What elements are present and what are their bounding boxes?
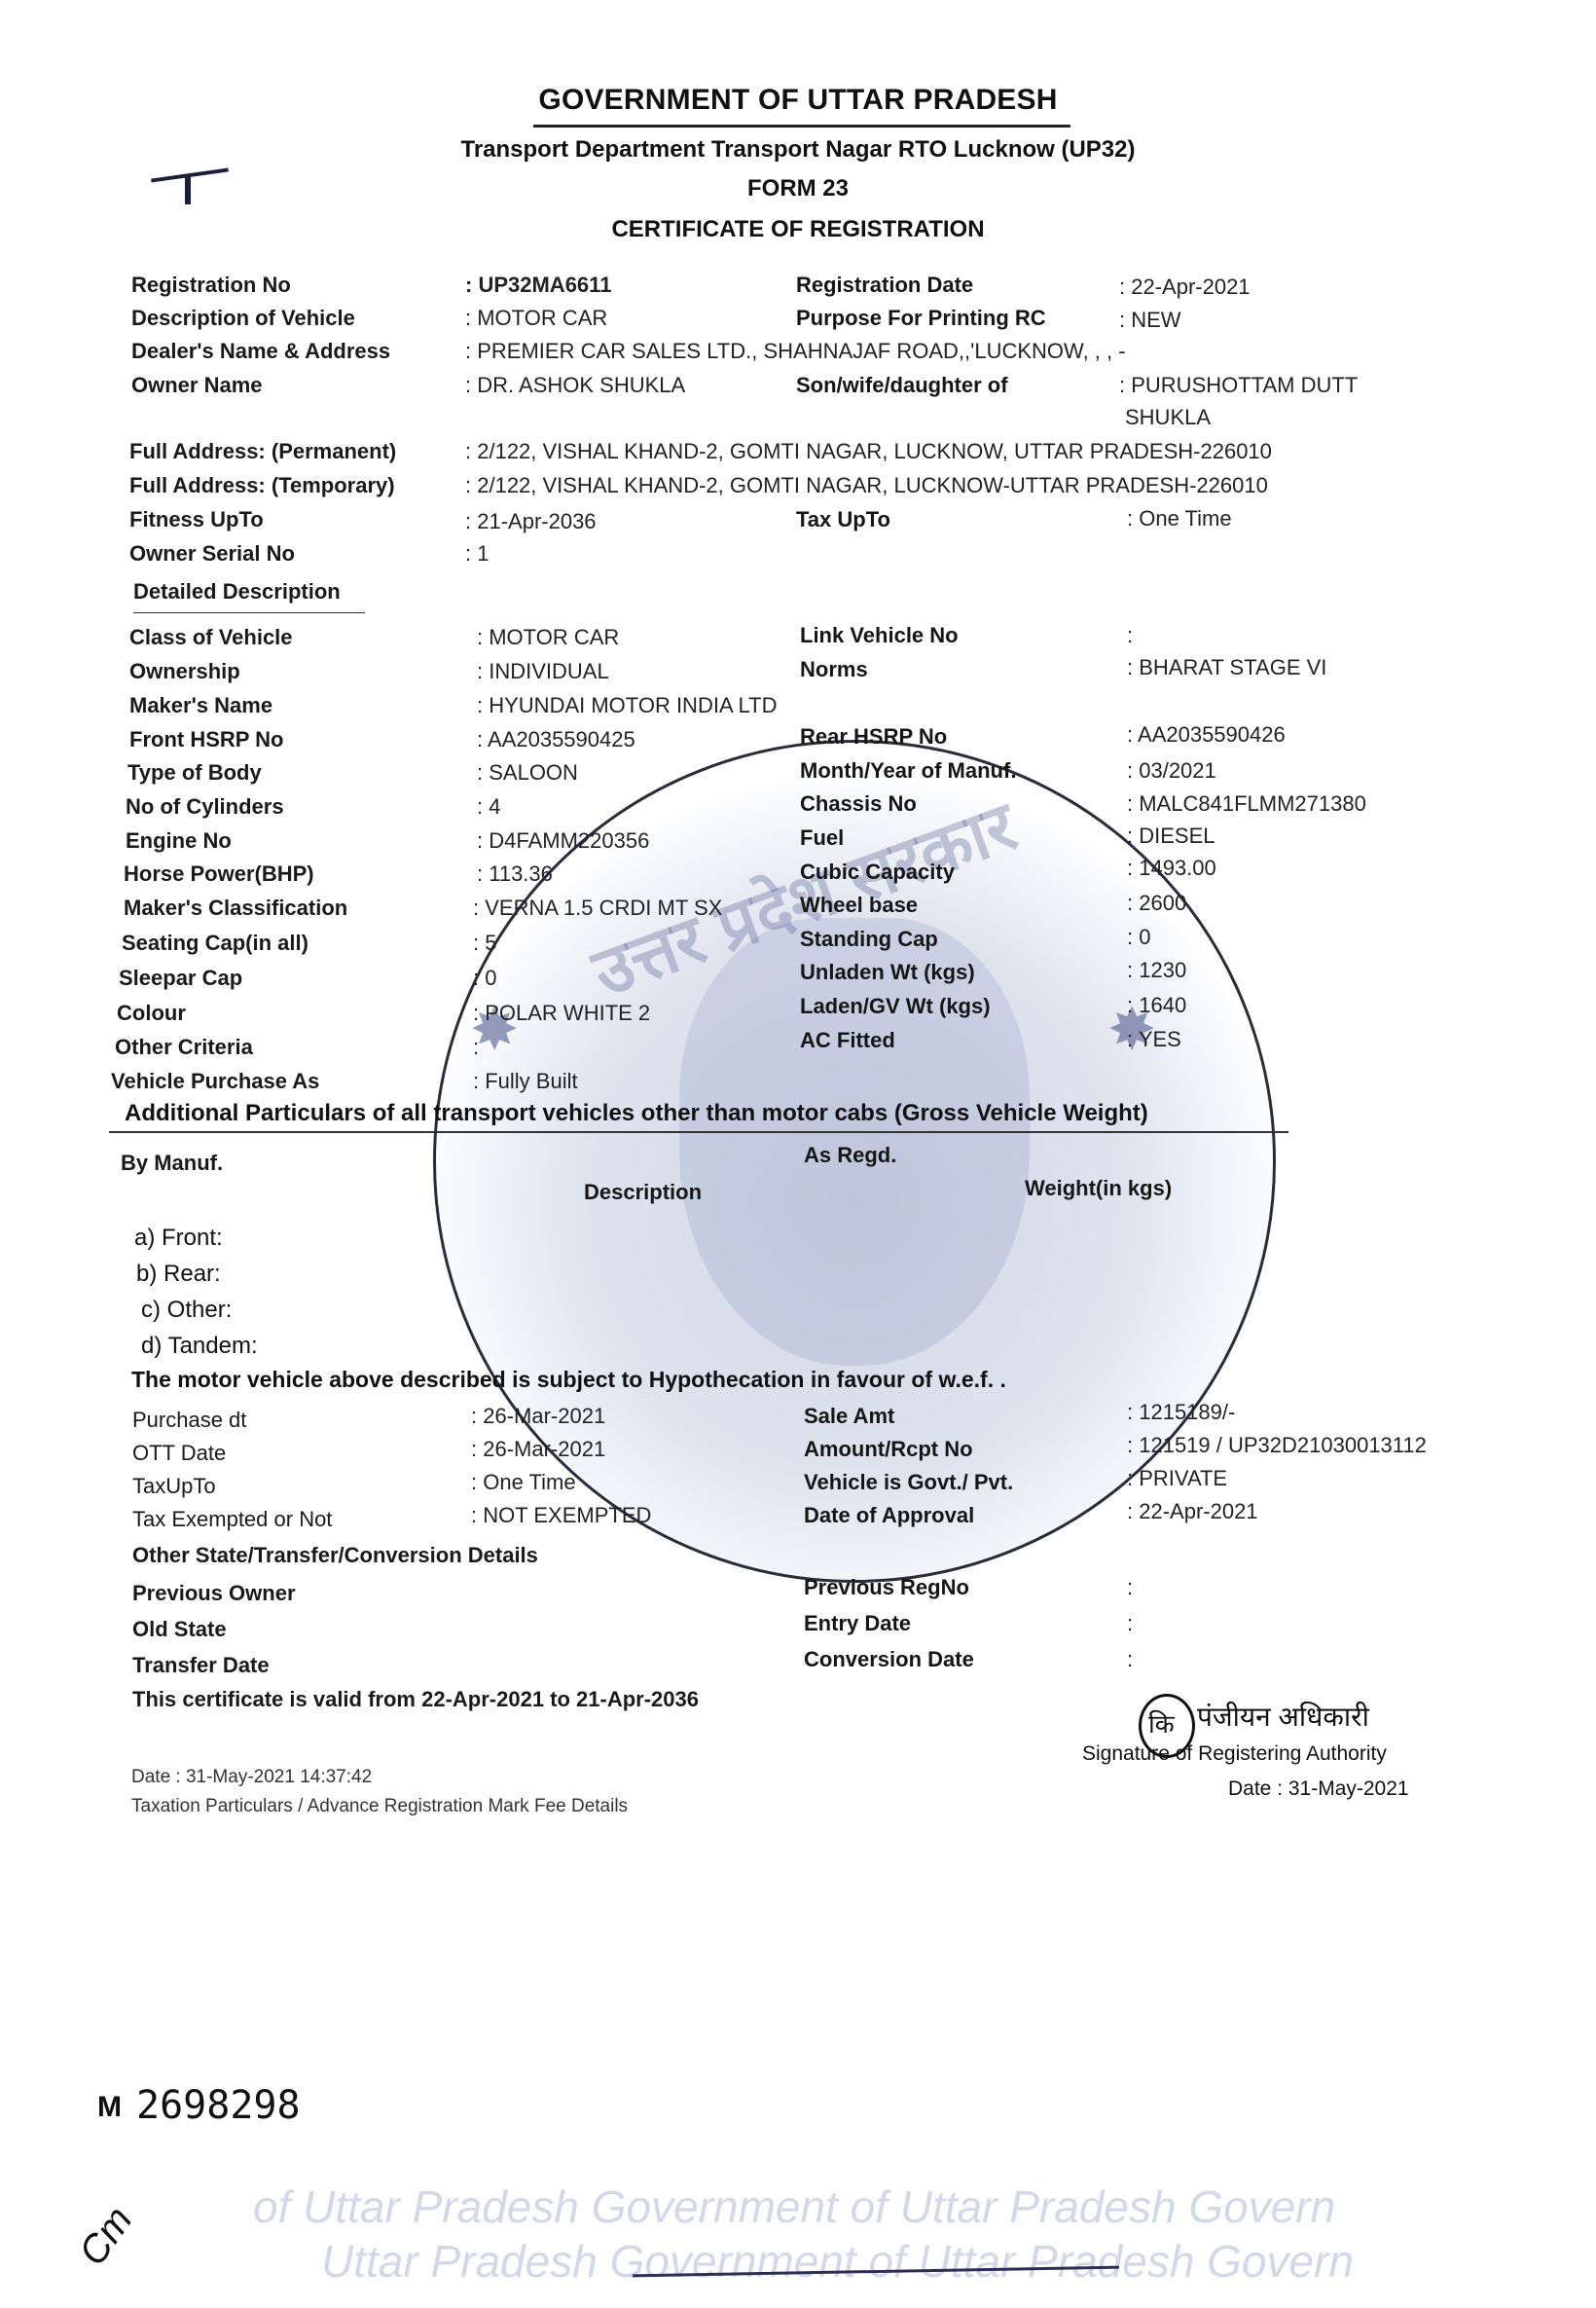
previous-owner-label: Previous Owner	[132, 1581, 296, 1606]
ownership-label: Ownership	[129, 659, 240, 684]
tax-upto-value: One Time	[1127, 506, 1232, 531]
form-number: FORM 23	[0, 175, 1596, 202]
vehicle-purchase-as-value: Fully Built	[473, 1069, 578, 1094]
vehicle-is-govt-pvt-value: PRIVATE	[1127, 1466, 1227, 1491]
axle-a-front: a) Front:	[134, 1225, 223, 1252]
wheel-base-value: 2600	[1127, 891, 1186, 916]
standing-cap-value: 0	[1127, 925, 1150, 950]
rear-hsrp-no-value: AA2035590426	[1127, 722, 1286, 748]
validity-statement: This certificate is valid from 22-Apr-20…	[132, 1687, 699, 1712]
print-date: Date : 31-May-2021 14:37:42	[131, 1767, 372, 1788]
laden-gv-wt-kgs-value: 1640	[1127, 993, 1186, 1018]
old-state-label: Old State	[132, 1617, 227, 1642]
watermark-line-2: Uttar Pradesh Government of Uttar Prades…	[321, 2235, 1354, 2288]
owner-serial-value: 1	[465, 541, 489, 567]
transfer-heading: Other State/Transfer/Conversion Details	[132, 1543, 538, 1568]
department-title: Transport Department Transport Nagar RTO…	[0, 136, 1596, 164]
signature-label: Signature of Registering Authority	[1082, 1742, 1387, 1766]
as-regd-label: As Regd.	[804, 1143, 896, 1168]
colour-value: POLAR WHITE 2	[473, 1001, 650, 1026]
ott-date-label: OTT Date	[132, 1441, 226, 1466]
type-of-body-label: Type of Body	[127, 760, 262, 786]
vehicle-purchase-as-label: Vehicle Purchase As	[111, 1069, 319, 1094]
month-year-of-manuf-label: Month/Year of Manuf.	[800, 758, 1016, 784]
dealer-label: Dealer's Name & Address	[131, 339, 390, 364]
hypothecation-text: The motor vehicle above described is sub…	[131, 1367, 1006, 1393]
relation-value-line1: PURUSHOTTAM DUTT	[1119, 373, 1358, 398]
previous-regno-value	[1127, 1575, 1133, 1600]
sale-amt-label: Sale Amt	[804, 1404, 894, 1429]
class-of-vehicle-value: MOTOR CAR	[477, 625, 619, 650]
entry-date-label: Entry Date	[804, 1611, 911, 1636]
cubic-capacity-label: Cubic Capacity	[800, 860, 955, 885]
rear-hsrp-no-label: Rear HSRP No	[800, 724, 947, 750]
month-year-of-manuf-value: 03/2021	[1127, 758, 1216, 784]
chassis-no-label: Chassis No	[800, 791, 917, 817]
axle-d-tandem: d) Tandem:	[141, 1333, 258, 1360]
address-permanent-value: 2/122, VISHAL KHAND-2, GOMTI NAGAR, LUCK…	[465, 439, 1272, 464]
description-label: Description of Vehicle	[131, 306, 355, 331]
handwritten-initials: Cm	[71, 2199, 142, 2274]
serial-prefix: M	[97, 2091, 122, 2124]
axle-b-rear: b) Rear:	[136, 1261, 221, 1288]
tax-upto-label: Tax UpTo	[796, 507, 890, 532]
purchase-dt-value: 26-Mar-2021	[471, 1404, 605, 1429]
taxupto-label: TaxUpTo	[132, 1474, 216, 1499]
relation-value-line2: SHUKLA	[1125, 405, 1211, 430]
tax-exempted-or-not-label: Tax Exempted or Not	[132, 1507, 332, 1532]
link-vehicle-no-value	[1127, 623, 1133, 648]
seating-cap-in-all-label: Seating Cap(in all)	[122, 931, 308, 956]
fitness-upto-value: 21-Apr-2036	[465, 509, 597, 534]
amount-rcpt-no-label: Amount/Rcpt No	[804, 1437, 973, 1462]
detailed-description-rule	[133, 612, 365, 613]
registration-no-value: UP32MA6611	[465, 273, 611, 298]
norms-label: Norms	[800, 657, 868, 682]
horse-power-bhp-label: Horse Power(BHP)	[124, 861, 314, 887]
seal-emblem	[679, 918, 1030, 1366]
sale-amt-value: 1215189/-	[1127, 1400, 1235, 1425]
colour-label: Colour	[117, 1001, 186, 1026]
front-hsrp-no-label: Front HSRP No	[129, 727, 283, 752]
seating-cap-in-all-value: 5	[473, 931, 496, 956]
fuel-value: DIESEL	[1127, 824, 1215, 849]
purpose-label: Purpose For Printing RC	[796, 306, 1046, 331]
horse-power-bhp-value: 113.36	[477, 861, 553, 887]
cubic-capacity-value: 1493.00	[1127, 856, 1216, 881]
chassis-no-value: MALC841FLMM271380	[1127, 791, 1366, 817]
entry-date-value	[1127, 1611, 1133, 1636]
front-hsrp-no-value: AA2035590425	[477, 727, 635, 752]
owner-name-value: DR. ASHOK SHUKLA	[465, 373, 685, 398]
link-vehicle-no-label: Link Vehicle No	[800, 623, 959, 648]
previous-regno-label: Previous RegNo	[804, 1575, 969, 1600]
wheel-base-label: Wheel base	[800, 893, 918, 918]
hindi-authority-title: पंजीयन अधिकारी	[1197, 1698, 1369, 1735]
sleepar-cap-value: 0	[473, 966, 496, 991]
stamp-initial: कि	[1148, 1705, 1175, 1740]
unladen-wt-kgs-label: Unladen Wt (kgs)	[800, 960, 975, 985]
class-of-vehicle-label: Class of Vehicle	[129, 625, 293, 650]
title-underline	[533, 125, 1070, 128]
sleepar-cap-label: Sleepar Cap	[119, 966, 242, 991]
no-of-cylinders-label: No of Cylinders	[126, 794, 284, 820]
maker-s-classification-value: VERNA 1.5 CRDI MT SX	[473, 896, 722, 921]
detailed-description-heading: Detailed Description	[133, 579, 341, 604]
norms-value: BHARAT STAGE VI	[1127, 655, 1326, 680]
registration-date-label: Registration Date	[796, 273, 973, 298]
transfer-date-label: Transfer Date	[132, 1653, 270, 1678]
maker-s-name-label: Maker's Name	[129, 693, 272, 718]
purpose-value: NEW	[1119, 308, 1181, 333]
tax-exempted-or-not-value: NOT EXEMPTED	[471, 1503, 651, 1528]
dealer-value: PREMIER CAR SALES LTD., SHAHNAJAF ROAD,,…	[465, 339, 1126, 364]
description-value: MOTOR CAR	[465, 306, 607, 331]
address-temporary-label: Full Address: (Temporary)	[129, 473, 395, 498]
taxation-details: Taxation Particulars / Advance Registrat…	[131, 1796, 628, 1817]
standing-cap-label: Standing Cap	[800, 927, 938, 952]
conversion-date-value	[1127, 1647, 1133, 1672]
engine-no-value: D4FAMM220356	[477, 828, 649, 854]
serial-number: 2698298	[136, 2083, 301, 2128]
vehicle-is-govt-pvt-label: Vehicle is Govt./ Pvt.	[804, 1470, 1013, 1495]
address-permanent-label: Full Address: (Permanent)	[129, 439, 396, 464]
maker-s-classification-label: Maker's Classification	[124, 896, 347, 921]
government-title: GOVERNMENT OF UTTAR PRADESH	[0, 84, 1596, 117]
registration-no-label: Registration No	[131, 273, 291, 298]
owner-name-label: Owner Name	[131, 373, 263, 398]
laden-gv-wt-kgs-label: Laden/GV Wt (kgs)	[800, 994, 991, 1019]
ott-date-value: 26-Mar-2021	[471, 1437, 605, 1462]
date-of-approval-label: Date of Approval	[804, 1503, 974, 1528]
engine-no-label: Engine No	[126, 828, 232, 854]
ac-fitted-label: AC Fitted	[800, 1028, 895, 1053]
ac-fitted-value: YES	[1127, 1027, 1181, 1052]
additional-particulars-heading: Additional Particulars of all transport …	[125, 1100, 1148, 1127]
other-criteria-label: Other Criteria	[115, 1035, 253, 1060]
date-of-approval-value: 22-Apr-2021	[1127, 1499, 1258, 1524]
description-column-label: Description	[584, 1180, 702, 1205]
owner-serial-label: Owner Serial No	[129, 541, 295, 567]
relation-label: Son/wife/daughter of	[796, 373, 1008, 398]
no-of-cylinders-value: 4	[477, 794, 500, 820]
weight-column-label: Weight(in kgs)	[1025, 1176, 1172, 1201]
other-criteria-value	[473, 1035, 479, 1060]
ownership-value: INDIVIDUAL	[477, 659, 609, 684]
axle-c-other: c) Other:	[141, 1297, 232, 1324]
additional-particulars-rule	[109, 1131, 1288, 1133]
by-manuf-label: By Manuf.	[121, 1151, 223, 1176]
amount-rcpt-no-value: 121519 / UP32D21030013112	[1127, 1433, 1427, 1458]
signature-date: Date : 31-May-2021	[1228, 1777, 1409, 1801]
type-of-body-value: SALOON	[477, 760, 578, 786]
certificate-title: CERTIFICATE OF REGISTRATION	[0, 216, 1596, 243]
maker-s-name-value: HYUNDAI MOTOR INDIA LTD	[477, 693, 777, 718]
conversion-date-label: Conversion Date	[804, 1647, 974, 1672]
watermark-line-1: of Uttar Pradesh Government of Uttar Pra…	[253, 2180, 1335, 2233]
purchase-dt-label: Purchase dt	[132, 1408, 246, 1433]
taxupto-value: One Time	[471, 1470, 576, 1495]
unladen-wt-kgs-value: 1230	[1127, 958, 1186, 983]
registration-date-value: 22-Apr-2021	[1119, 275, 1251, 300]
fuel-label: Fuel	[800, 825, 844, 851]
fitness-upto-label: Fitness UpTo	[129, 507, 264, 532]
address-temporary-value: 2/122, VISHAL KHAND-2, GOMTI NAGAR, LUCK…	[465, 473, 1268, 498]
